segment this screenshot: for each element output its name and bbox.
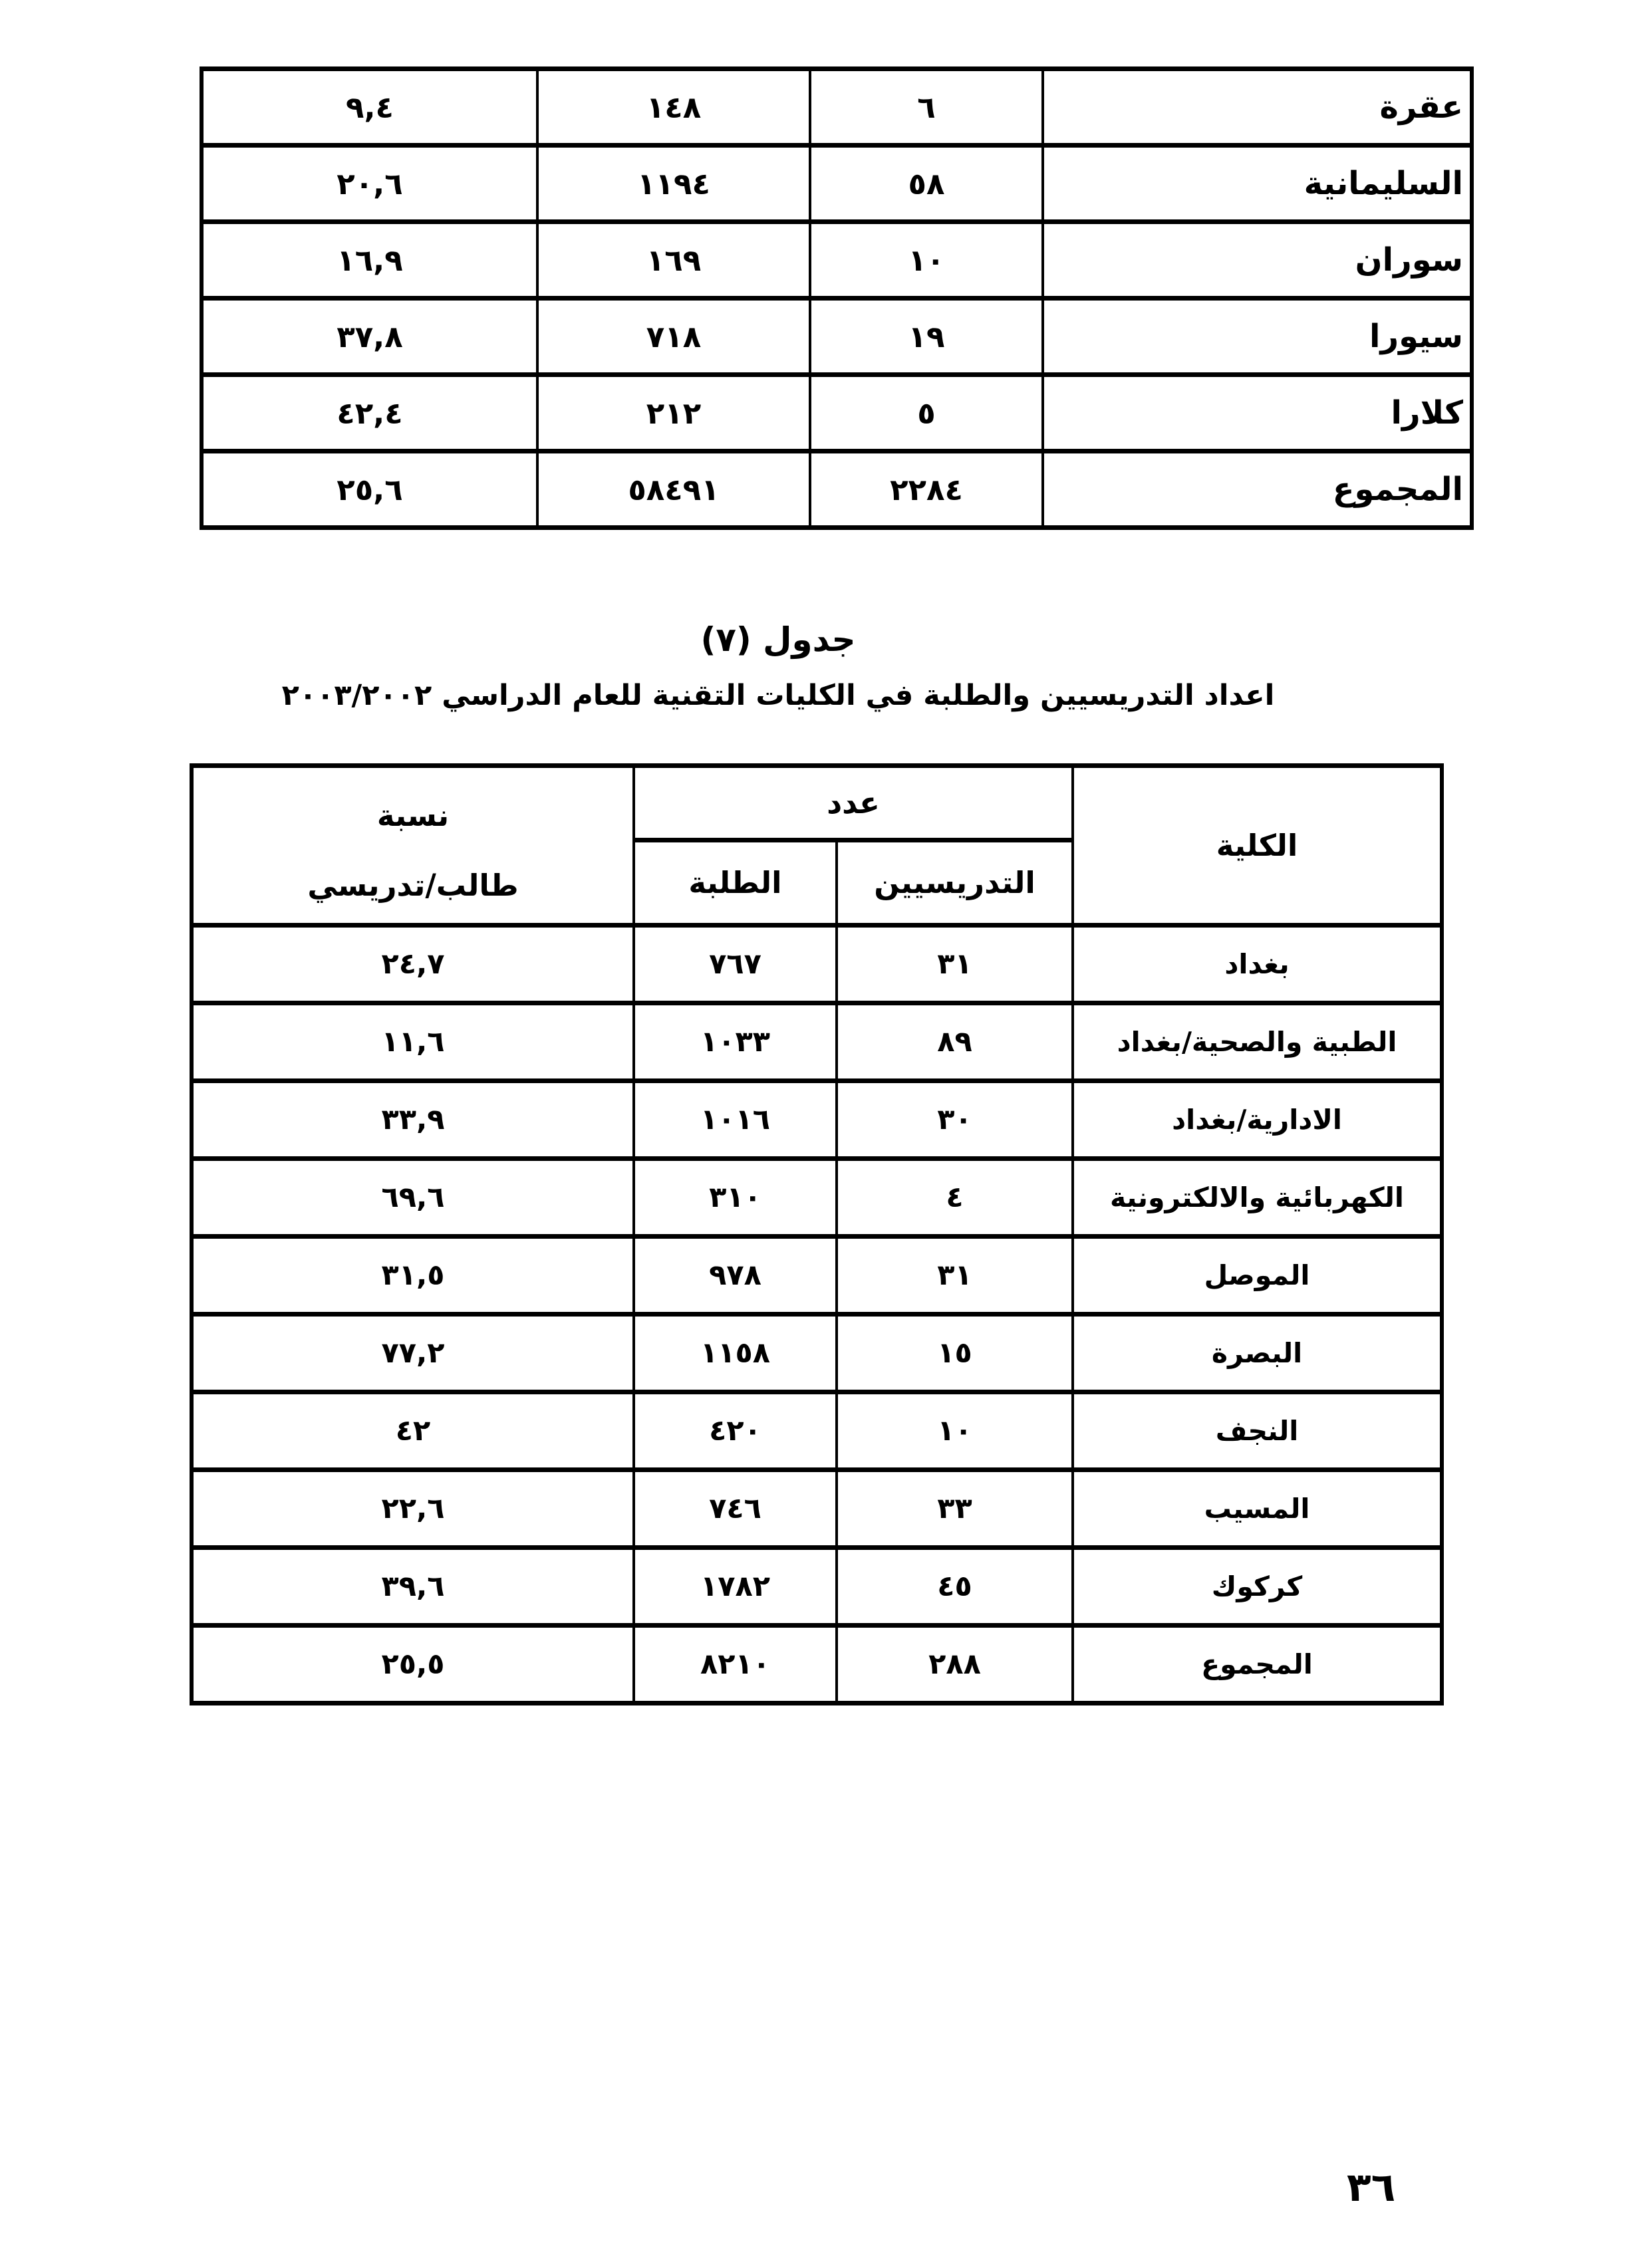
teachers-count-cell: ٣١	[837, 1237, 1073, 1315]
students-count-cell: ٥٨٤٩١	[537, 451, 810, 528]
teachers-count-cell: ٦	[810, 69, 1043, 146]
teachers-count-cell: ٣٣	[837, 1470, 1073, 1548]
students-count-cell: ٤٢٠	[634, 1392, 837, 1470]
ratio-cell: ٧٧,٢	[192, 1315, 634, 1392]
ratio-cell: ٤٢	[192, 1392, 634, 1470]
ratio-cell: ٣٣,٩	[192, 1081, 634, 1159]
ratio-cell: ١١,٦	[192, 1003, 634, 1081]
scanned-document-page: { "page": { "number": "٣٦" }, "table1": …	[0, 0, 1650, 2268]
header-row-top: الكلية عدد نسبة طالب/تدريسي	[192, 766, 1442, 840]
teachers-count-cell: ٥٨	[810, 146, 1043, 222]
table-row: البصرة ١٥ ١١٥٨ ٧٧,٢	[192, 1315, 1442, 1392]
students-header-cell: الطلبة	[634, 840, 837, 926]
students-count-cell: ٧١٨	[537, 299, 810, 375]
teachers-count-cell: ٨٩	[837, 1003, 1073, 1081]
table-row: الكهربائية والالكترونية ٤ ٣١٠ ٦٩,٦	[192, 1159, 1442, 1237]
count-header-cell: عدد	[634, 766, 1073, 840]
students-count-cell: ٨٢١٠	[634, 1626, 837, 1703]
college-name-cell: البصرة	[1073, 1315, 1442, 1392]
students-count-cell: ١٠١٦	[634, 1081, 837, 1159]
table-row: كلارا ٥ ٢١٢ ٤٢,٤	[202, 375, 1472, 451]
ratio-cell: ٢٥,٥	[192, 1626, 634, 1703]
college-name-cell: كركوك	[1073, 1548, 1442, 1626]
ratio-cell: ٩,٤	[202, 69, 537, 146]
table-subtitle: اعداد التدريسيين والطلبة في الكليات التق…	[153, 678, 1403, 713]
students-count-cell: ١٠٣٣	[634, 1003, 837, 1081]
ratio-header-line2: طالب/تدريسي	[194, 868, 632, 903]
table-row: الطبية والصحية/بغداد ٨٩ ١٠٣٣ ١١,٦	[192, 1003, 1442, 1081]
ratio-cell: ٢٠,٦	[202, 146, 537, 222]
row-label-cell: السليمانية	[1043, 146, 1472, 222]
row-label-cell: المجموع	[1043, 451, 1472, 528]
ratio-cell: ٢٢,٦	[192, 1470, 634, 1548]
ratio-cell: ٢٥,٦	[202, 451, 537, 528]
students-count-cell: ١٦٩	[537, 222, 810, 299]
table-row: السليمانية ٥٨ ١١٩٤ ٢٠,٦	[202, 146, 1472, 222]
ratio-cell: ٣٧,٨	[202, 299, 537, 375]
teachers-count-cell: ٤	[837, 1159, 1073, 1237]
teachers-header-cell: التدريسيين	[837, 840, 1073, 926]
technical-colleges-stats-table: الكلية عدد نسبة طالب/تدريسي التدريسيين ا…	[190, 763, 1444, 1705]
teachers-count-cell: ٣٠	[837, 1081, 1073, 1159]
college-name-cell: الطبية والصحية/بغداد	[1073, 1003, 1442, 1081]
college-name-cell: النجف	[1073, 1392, 1442, 1470]
college-name-cell: الكهربائية والالكترونية	[1073, 1159, 1442, 1237]
ratio-cell: ١٦,٩	[202, 222, 537, 299]
teachers-count-cell: ٢٢٨٤	[810, 451, 1043, 528]
college-name-cell: المسيب	[1073, 1470, 1442, 1548]
students-count-cell: ١١٩٤	[537, 146, 810, 222]
teachers-count-cell: ٥	[810, 375, 1043, 451]
college-name-cell: الموصل	[1073, 1237, 1442, 1315]
ratio-cell: ٦٩,٦	[192, 1159, 634, 1237]
college-name-cell: بغداد	[1073, 926, 1442, 1003]
students-count-cell: ٣١٠	[634, 1159, 837, 1237]
row-label-cell: سيورا	[1043, 299, 1472, 375]
ratio-cell: ٢٤,٧	[192, 926, 634, 1003]
table-row: عقرة ٦ ١٤٨ ٩,٤	[202, 69, 1472, 146]
students-count-cell: ٧٦٧	[634, 926, 837, 1003]
teachers-count-cell: ٢٨٨	[837, 1626, 1073, 1703]
students-count-cell: ١٧٨٢	[634, 1548, 837, 1626]
table-row: الموصل ٣١ ٩٧٨ ٣١,٥	[192, 1237, 1442, 1315]
students-count-cell: ٩٧٨	[634, 1237, 837, 1315]
ratio-cell: ٣١,٥	[192, 1237, 634, 1315]
teachers-count-cell: ١٠	[810, 222, 1043, 299]
ratio-header-cell: نسبة طالب/تدريسي	[192, 766, 634, 926]
row-label-cell: كلارا	[1043, 375, 1472, 451]
teachers-count-cell: ١٥	[837, 1315, 1073, 1392]
students-count-cell: ٧٤٦	[634, 1470, 837, 1548]
table-row: سيورا ١٩ ٧١٨ ٣٧,٨	[202, 299, 1472, 375]
ratio-cell: ٣٩,٦	[192, 1548, 634, 1626]
ratio-header-line1: نسبة	[194, 798, 632, 833]
table-total-row: المجموع ٢٨٨ ٨٢١٠ ٢٥,٥	[192, 1626, 1442, 1703]
teachers-count-cell: ١٠	[837, 1392, 1073, 1470]
college-name-cell: الادارية/بغداد	[1073, 1081, 1442, 1159]
students-count-cell: ١١٥٨	[634, 1315, 837, 1392]
table7-title-block: جدول (٧) اعداد التدريسيين والطلبة في الك…	[153, 620, 1403, 713]
page-number: ٣٦	[1347, 2164, 1395, 2211]
college-name-cell: المجموع	[1073, 1626, 1442, 1703]
row-label-cell: عقرة	[1043, 69, 1472, 146]
table-row: بغداد ٣١ ٧٦٧ ٢٤,٧	[192, 926, 1442, 1003]
teachers-count-cell: ٣١	[837, 926, 1073, 1003]
table-row: الادارية/بغداد ٣٠ ١٠١٦ ٣٣,٩	[192, 1081, 1442, 1159]
students-count-cell: ١٤٨	[537, 69, 810, 146]
table-row: سوران ١٠ ١٦٩ ١٦,٩	[202, 222, 1472, 299]
table-row: كركوك ٤٥ ١٧٨٢ ٣٩,٦	[192, 1548, 1442, 1626]
teachers-count-cell: ٤٥	[837, 1548, 1073, 1626]
ratio-cell: ٤٢,٤	[202, 375, 537, 451]
table-row: المسيب ٣٣ ٧٤٦ ٢٢,٦	[192, 1470, 1442, 1548]
governorates-stats-table: عقرة ٦ ١٤٨ ٩,٤ السليمانية ٥٨ ١١٩٤ ٢٠,٦ س…	[200, 66, 1474, 530]
table-title: جدول (٧)	[153, 620, 1403, 660]
table-row: النجف ١٠ ٤٢٠ ٤٢	[192, 1392, 1442, 1470]
row-label-cell: سوران	[1043, 222, 1472, 299]
table-total-row: المجموع ٢٢٨٤ ٥٨٤٩١ ٢٥,٦	[202, 451, 1472, 528]
college-header-cell: الكلية	[1073, 766, 1442, 926]
teachers-count-cell: ١٩	[810, 299, 1043, 375]
students-count-cell: ٢١٢	[537, 375, 810, 451]
